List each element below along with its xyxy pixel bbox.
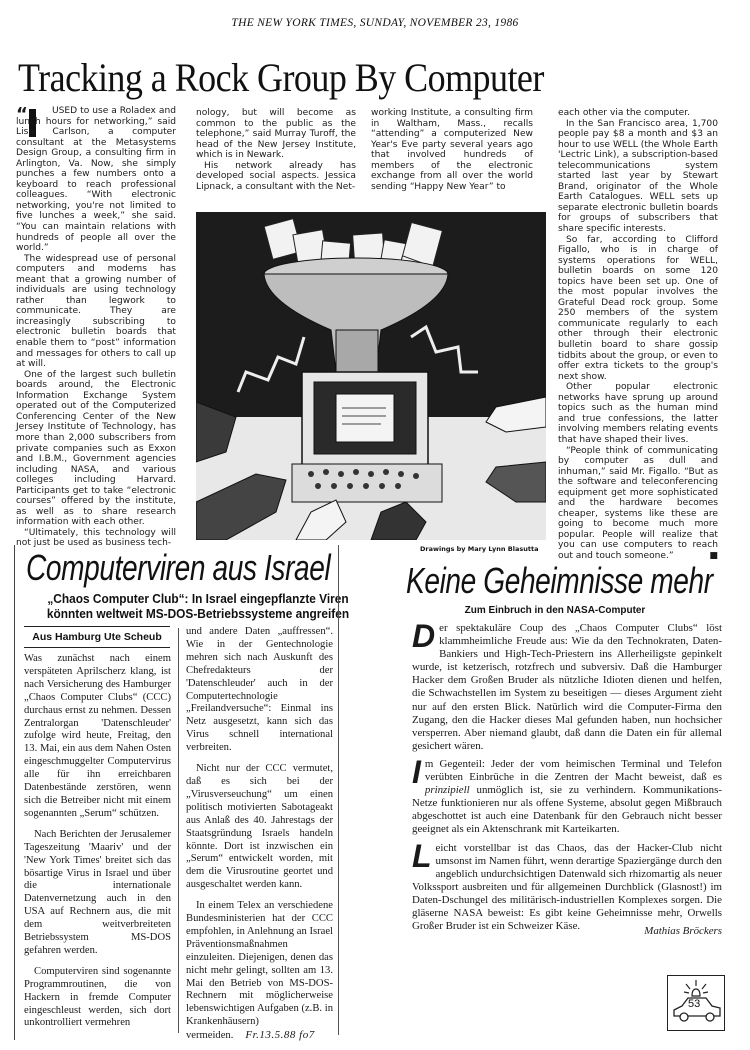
paragraph-text: er spektakuläre Coup des „Chaos Computer… [412,622,722,752]
paragraph: Nach Berichten der Jerusalemer Tageszeit… [24,829,171,958]
paragraph: Computerviren sind sogenannte Programmro… [24,966,171,1031]
emphasis-text: prinzipiell [425,784,470,796]
nyt-column-2: nology, but will become as common to the… [196,108,356,192]
box-right-border [338,545,339,1035]
drop-cap-d: D [412,623,435,649]
nyt-column-4: each other via the computer. In the San … [558,108,718,562]
paragraph: So far, according to Clifford Figallo, w… [558,235,718,383]
paragraph-text: m Gegenteil: Jeder der vom heimischen Te… [425,758,722,783]
article-title-computerviren: Computerviren aus Israel [26,548,330,588]
paragraph: Other popular electronic networks have s… [558,382,718,445]
keine-geheimnisse-body: Der spektakuläre Coup des „Chaos Compute… [412,622,722,938]
handwritten-note: Fr.13.5.88 fo7 [245,1029,314,1041]
paragraph: Im Gegenteil: Jeder der vom heimischen T… [412,758,722,837]
quote-text: “People think of communicating by comput… [558,446,718,561]
paragraph: Nicht nur der CCC vermutet, daß es sich … [186,763,333,892]
paragraph: each other via the computer. [558,108,718,119]
paragraph: Der spektakuläre Coup des „Chaos Compute… [412,622,722,753]
paragraph: und andere Daten „auffressen“. Wie in de… [186,626,333,755]
paragraph: working Institute, a consulting firm in … [371,108,533,192]
page-number-badge: 53 [667,975,725,1031]
paragraph: In einem Telex an verschiedene Bundesmin… [186,900,333,1043]
byline: Aus Hamburg Ute Scheub [24,626,170,648]
headline: Tracking a Rock Group By Computer [18,56,666,100]
paragraph: USED to use a Roladex and lunch hours fo… [16,106,176,254]
illustration-funnel-computer [196,212,546,540]
article-subtitle-computerviren: „Chaos Computer Club“: In Israel eingepf… [27,592,369,622]
computerviren-column-1: Was zunächst nach einem verspäteten Apri… [24,653,171,1038]
subtitle-line-1: „Chaos Computer Club“: In Israel eingepf… [27,592,369,607]
drop-cap-l: L [412,843,432,869]
illustration-credit: Drawings by Mary Lynn Blasutta [420,545,538,553]
article-subtitle-nasa: Zum Einbruch in den NASA-Computer [408,604,703,616]
nyt-column-3: working Institute, a consulting firm in … [371,108,533,192]
column-divider [178,628,179,1033]
dateline: THE NEW YORK TIMES, SUNDAY, NOVEMBER 23,… [0,17,750,29]
funnel-computer-drawing [196,212,546,540]
paragraph: Leicht vorstellbar ist das Chaos, das de… [412,842,722,934]
paragraph: The widespread use of personal computers… [16,254,176,370]
page-number: 53 [688,998,700,1010]
computerviren-column-2: und andere Daten „auffressen“. Wie in de… [186,626,333,1050]
paragraph: Was zunächst nach einem verspäteten Apri… [24,653,171,821]
paragraph-text: eicht vorstellbar ist das Chaos, das der… [412,842,722,933]
paragraph: “People think of communicating by comput… [558,446,718,562]
article-title-keine-geheimnisse: Keine Geheimnisse mehr [406,561,713,601]
paragraph: nology, but will become as common to the… [196,108,356,161]
paragraph: His network already has developed social… [196,161,356,193]
paragraph: One of the largest such bulletin boards … [16,370,176,528]
paragraph-text: In einem Telex an verschiedene Bundesmin… [186,900,333,1041]
nyt-column-1: “ USED to use a Roladex and lunch hours … [16,108,176,549]
paragraph: In the San Francisco area, 1,700 people … [558,119,718,235]
subtitle-line-2: könnten weltweit MS-DOS-Betriebssysteme … [27,607,369,622]
drop-cap-i: I [412,759,421,785]
